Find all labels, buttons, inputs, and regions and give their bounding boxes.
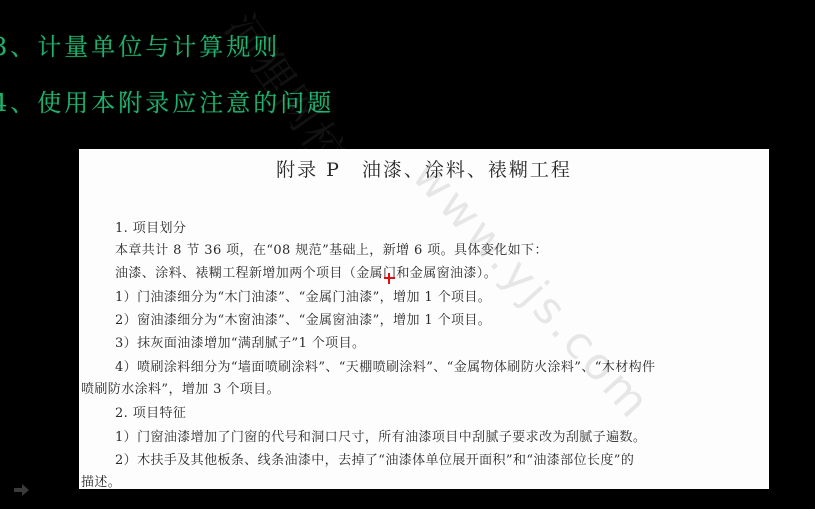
slide-heading-4: 4、使用本附录应注意的问题: [0, 83, 334, 118]
list-item: 1）门油漆细分为“木门油漆”、“金属门油漆”，增加 1 个项目。: [115, 286, 491, 305]
arrow-right-icon[interactable]: [14, 481, 30, 493]
list-item-continuation: 描述。: [81, 471, 121, 489]
crosshair-cursor-icon: [384, 273, 395, 284]
paragraph-line: 本章共计 8 节 36 项，在“08 规范”基础上，新增 6 项。具体变化如下：: [115, 239, 548, 258]
slide-heading-3: 3、计量单位与计算规则: [0, 27, 280, 62]
paragraph-line: 油漆、涂料、裱糊工程新增加两个项目（金属门和金属窗油漆）。: [115, 262, 497, 281]
list-item: 2）窗油漆细分为“木窗油漆”、“金属窗油漆”，增加 1 个项目。: [115, 309, 491, 328]
heading-number: 3、: [0, 33, 37, 61]
presentation-slide: 3、计量单位与计算规则 4、使用本附录应注意的问题 河狸网校 附录 P 油漆、涂…: [0, 0, 815, 509]
heading-text: 使用本附录应注意的问题: [37, 89, 334, 117]
section-heading-2: 2. 项目特征: [115, 402, 186, 421]
list-item: 3）抹灰面油漆增加“满刮腻子”1 个项目。: [115, 332, 365, 351]
heading-number: 4、: [0, 89, 37, 117]
list-item: 4）喷刷涂料细分为“墙面喷刷涂料”、“天棚喷刷涂料”、“金属物体刷防火涂料”、“…: [115, 356, 655, 375]
document-title: 附录 P 油漆、涂料、裱糊工程: [79, 155, 769, 182]
document-image: 附录 P 油漆、涂料、裱糊工程 1. 项目划分 本章共计 8 节 36 项，在“…: [79, 149, 769, 489]
list-item: 2）木扶手及其他板条、线条油漆中，去掉了“油漆体单位展开面积”和“油漆部位长度”…: [115, 449, 634, 468]
section-heading-1: 1. 项目划分: [115, 217, 186, 236]
list-item: 1）门窗油漆增加了门窗的代号和洞口尺寸，所有油漆项目中刮腻子要求改为刮腻子遍数。: [115, 426, 646, 445]
heading-text: 计量单位与计算规则: [37, 33, 280, 61]
list-item-continuation: 喷刷防水涂料”，增加 3 个项目。: [81, 378, 280, 397]
